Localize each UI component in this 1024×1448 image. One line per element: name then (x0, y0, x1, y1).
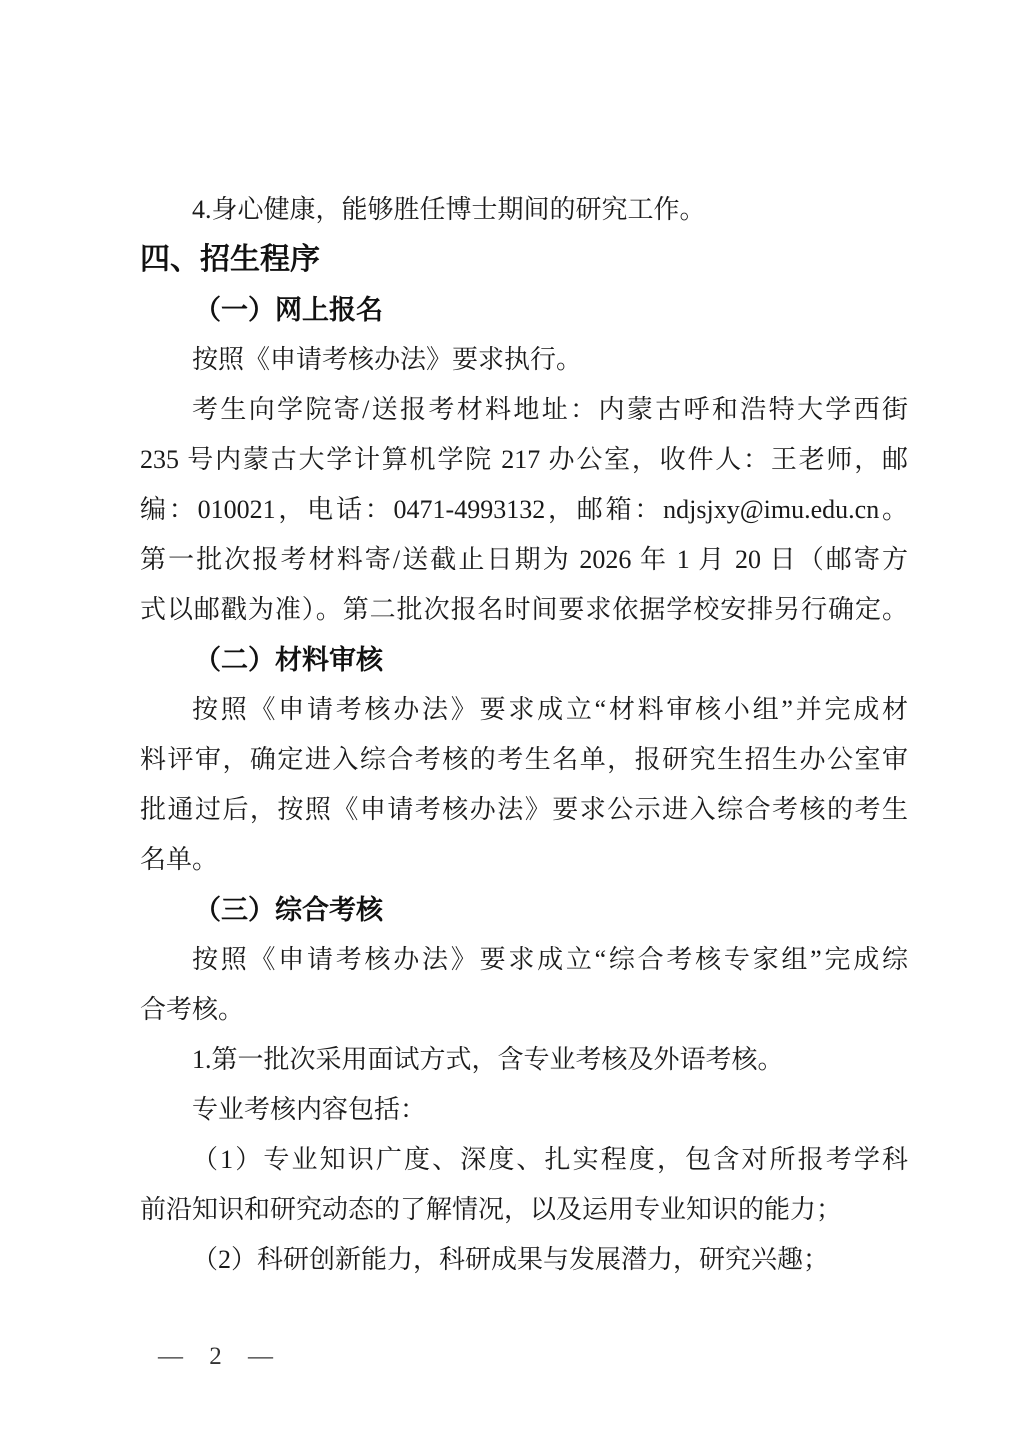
text-line: 前沿知识和研究动态的了解情况，以及运用专业知识的能力； (140, 1185, 908, 1235)
document-body: 4.身心健康，能够胜任博士期间的研究工作。四、招生程序（一）网上报名按照《申请考… (140, 185, 908, 1285)
text-line: 按照《申请考核办法》要求成立“材料审核小组”并完成材 (140, 685, 908, 735)
text-line: （2）科研创新能力，科研成果与发展潜力，研究兴趣； (140, 1235, 908, 1285)
page-number: — 2 — (158, 1343, 283, 1370)
text-line: 第一批次报考材料寄/送截止日期为 2026 年 1 月 20 日（邮寄方 (140, 535, 908, 585)
section-heading: 四、招生程序 (140, 235, 908, 285)
text-line: 专业考核内容包括： (140, 1085, 908, 1135)
text-line: 合考核。 (140, 985, 908, 1035)
text-line: 编：010021，电话：0471-4993132，邮箱：ndjsjxy@imu.… (140, 485, 908, 535)
sub-heading: （三）综合考核 (140, 885, 908, 935)
text-line: 1.第一批次采用面试方式，含专业考核及外语考核。 (140, 1035, 908, 1085)
text-line: 批通过后，按照《申请考核办法》要求公示进入综合考核的考生 (140, 785, 908, 835)
text-line: 235 号内蒙古大学计算机学院 217 办公室，收件人：王老师，邮 (140, 435, 908, 485)
document-page: 4.身心健康，能够胜任博士期间的研究工作。四、招生程序（一）网上报名按照《申请考… (0, 0, 1024, 1448)
text-line: 名单。 (140, 835, 908, 885)
text-line: 考生向学院寄/送报考材料地址：内蒙古呼和浩特大学西街 (140, 385, 908, 435)
sub-heading: （二）材料审核 (140, 635, 908, 685)
sub-heading: （一）网上报名 (140, 285, 908, 335)
text-line: 按照《申请考核办法》要求成立“综合考核专家组”完成综 (140, 935, 908, 985)
text-line: 4.身心健康，能够胜任博士期间的研究工作。 (140, 185, 908, 235)
page-footer: — 2 — (158, 1332, 283, 1382)
text-line: 料评审，确定进入综合考核的考生名单，报研究生招生办公室审 (140, 735, 908, 785)
text-line: 按照《申请考核办法》要求执行。 (140, 335, 908, 385)
text-line: 式以邮戳为准）。第二批次报名时间要求依据学校安排另行确定。 (140, 585, 908, 635)
text-line: （1）专业知识广度、深度、扎实程度，包含对所报考学科 (140, 1135, 908, 1185)
